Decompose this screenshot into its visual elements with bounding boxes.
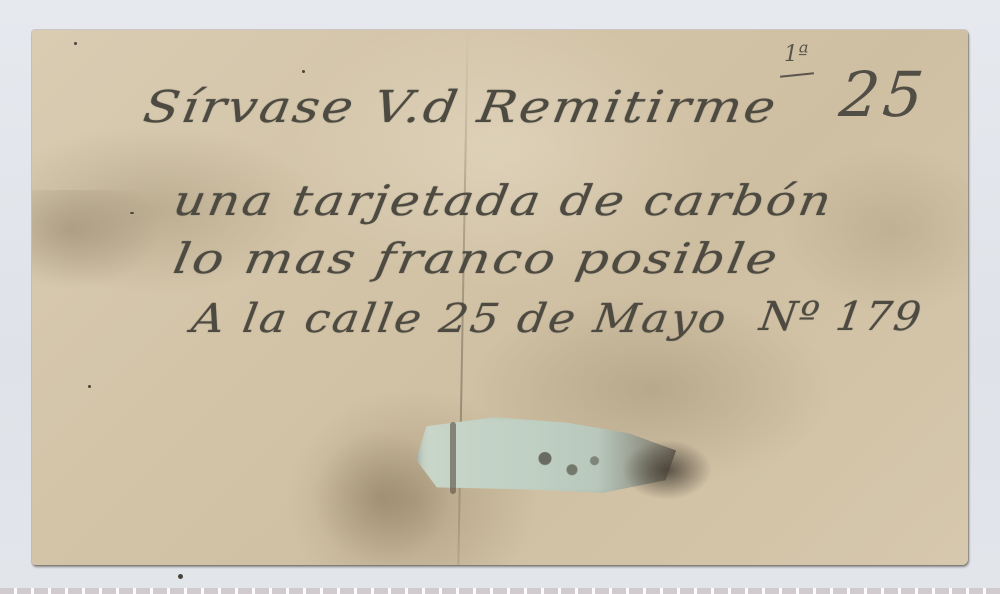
handwritten-line-3: lo mas franco posible (170, 234, 784, 283)
address-number: Nº 179 (757, 294, 926, 340)
handwritten-line-4: A la calle 25 de Mayo (188, 296, 731, 342)
corner-ordinal: 1ª (784, 42, 808, 67)
paper-speck (88, 385, 91, 388)
ordinal-underline (780, 72, 814, 78)
paper-speck (130, 212, 134, 214)
paper-speck (74, 42, 77, 45)
dark-stain (622, 440, 712, 500)
note-card: 1ª 25 Sírvase V.d Remitirme una tarjetad… (32, 30, 968, 565)
torn-patch-edge (450, 422, 456, 494)
handwritten-line-1: Sírvase V.d Remitirme (140, 82, 782, 133)
ink-spots (527, 445, 617, 490)
paper-speck (302, 70, 305, 73)
water-stain-left (32, 190, 162, 290)
scanner-edge-strip (0, 588, 1000, 594)
corner-number: 25 (836, 58, 931, 131)
handwritten-line-2: una tarjetada de carbón (170, 176, 837, 225)
scanner-speck (178, 574, 183, 579)
